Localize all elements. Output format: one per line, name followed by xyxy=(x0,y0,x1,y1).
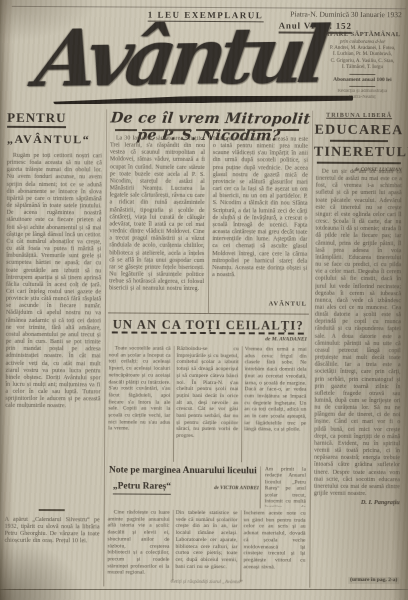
collaborators-line-4: I. Tălmăcel, T. Iorgu xyxy=(318,65,406,72)
page-content: PENTRU „AVÂNTUL“ Rugăm pe toți cetitorii… xyxy=(4,109,404,588)
top-border-rule xyxy=(12,6,406,9)
infobox-divider xyxy=(349,74,375,75)
anuar-rule-1 xyxy=(172,510,173,582)
anuar-byline: de VICTOR ANDREI xyxy=(195,486,259,492)
newspaper-page: 1 LEU EXEMPLARUL Piatra-N. Duminică 30 I… xyxy=(0,0,408,600)
educarea-underline-1 xyxy=(330,140,388,142)
anuar-side-rule xyxy=(260,466,261,508)
un-an-column-3: Vremea din urmă a mai adus ceva: frigul … xyxy=(244,346,307,462)
anuar-side-column: Am primit la redacție Anuarul liceului „… xyxy=(265,466,306,506)
tribuna-libera-kicker: TRIBUNA LIBERĂ xyxy=(314,112,404,121)
pentru-title-line1: PENTRU xyxy=(7,111,67,128)
publication-infobox: APARE SĂPTĂMÂNAL prin colaborarea d-lor … xyxy=(318,31,406,102)
anuar-rule-2 xyxy=(240,510,241,582)
mitropolit-column-1: La 30 Ianuarie, sărbătoarea Sfinților Tr… xyxy=(109,135,205,312)
article-pentru-avantul: PENTRU „AVÂNTUL“ Rugăm pe toți cetitorii… xyxy=(7,109,102,148)
educarea-title-line2: TINERETULUI xyxy=(314,145,404,161)
pentru-divider xyxy=(39,509,65,511)
mitropolit-signature: AVÂNTUL xyxy=(212,300,307,309)
article-educarea-tineretului: TRIBUNA LIBERĂ EDUCAREA TINERETULUI de C… xyxy=(311,111,404,589)
mitropolit-headline-underline xyxy=(115,129,303,131)
masthead-title: Avântul xyxy=(31,14,344,102)
appears-weekly-line: APARE SĂPTĂMÂNAL xyxy=(319,31,407,40)
section-divider-rule xyxy=(108,312,309,314)
un-an-rule-2 xyxy=(241,346,243,462)
anuar-column-2: Din tabelele statistice se vede că număr… xyxy=(175,510,237,584)
anuar-column-1: Cine răsfoiește cu luare aminte paginile… xyxy=(107,509,169,583)
educarea-title-line1: EDUCAREA xyxy=(314,123,404,139)
mitropolit-column-2: Întâmplarea cu lucrarea aleasă nu este o… xyxy=(212,136,308,299)
anuar-headline-line2: „Petru Rareș“ xyxy=(113,481,171,494)
educarea-underline-2 xyxy=(317,162,401,165)
mitropolit-column-rule xyxy=(208,134,210,314)
pentru-body-text: Rugăm pe toți cetitorii noștri cari prim… xyxy=(5,153,102,494)
pentru-title-line2: „AVÂNTUL“ xyxy=(7,132,102,148)
middle-columns: De ce îl vrem Mitropolit pe P. S. Nicodi… xyxy=(106,109,310,587)
scan-bottom-edge xyxy=(0,589,408,600)
anuar-column-3: Încheiem aceste note cu un gând bun pent… xyxy=(243,510,305,584)
un-an-column-2: Războindu-se cu împrejurările și cu buge… xyxy=(176,346,239,462)
un-an-headline: UN AN CA TOȚI CEILALȚI? xyxy=(108,317,309,332)
educarea-continuation-note: (urmare în pag. 2-a) xyxy=(348,577,399,584)
subscription-line: Abonament anual 100 lei xyxy=(318,76,406,84)
anuar-headline-line1: Note pe marginea Anuarului liceului xyxy=(109,465,259,477)
un-an-column-1: Toate socotelile arată că noul an școlar… xyxy=(108,345,171,461)
un-an-rule-1 xyxy=(173,346,175,462)
newspaper-scan: 1 LEU EXEMPLARUL Piatra-N. Duminică 30 I… xyxy=(0,0,408,600)
un-an-byline: de M. AVADANEI xyxy=(208,336,307,344)
footer-slogan: Cetiți și răspândiți ziarul „Avântul“ xyxy=(106,579,307,586)
infobox-divider-2 xyxy=(349,86,375,87)
pentru-notice-text: A apărut „Calendarul Silvestru“ pe 1932,… xyxy=(4,517,99,580)
educarea-body-text: De un șir de ani tot auzim că tineretul … xyxy=(313,169,401,570)
